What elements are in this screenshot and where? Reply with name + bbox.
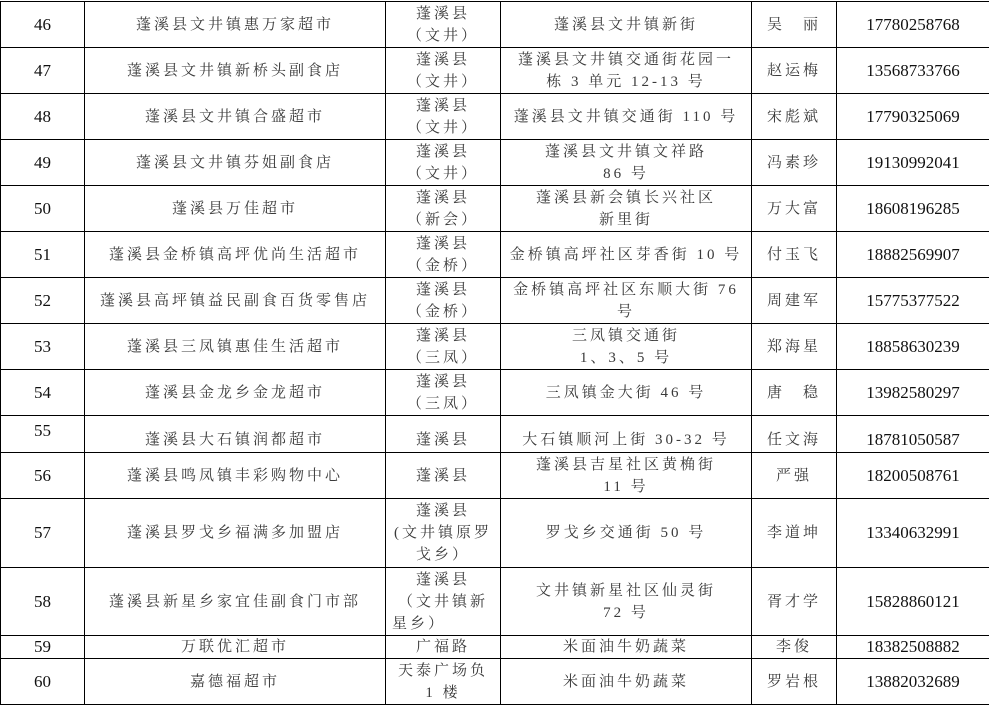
region-line: 戈乡） [386,544,500,566]
store-address: 金桥镇高坪社区东顺大街 76号 [501,278,752,324]
contact-person: 吴 丽 [752,2,837,48]
phone-number: 13982580297 [837,370,989,416]
row-number: 58 [1,568,85,636]
store-address: 金桥镇高坪社区芽香街 10 号 [501,232,752,278]
address-line: 大石镇顺河上街 30-32 号 [501,429,751,451]
region-line: 蓬溪县 [386,3,500,25]
row-number: 59 [1,636,85,659]
table-row: 57 蓬溪县罗戈乡福满多加盟店 蓬溪县(文井镇原罗戈乡） 罗戈乡交通街 50 号… [1,499,989,568]
contact-person: 宋彪斌 [752,94,837,140]
table-row: 46 蓬溪县文井镇惠万家超市 蓬溪县（文井） 蓬溪县文井镇新街 吴 丽 1778… [1,2,989,48]
region-line: 广福路 [386,637,500,657]
store-name: 蓬溪县大石镇润都超市 [85,416,386,453]
store-address: 米面油牛奶蔬菜 [501,659,752,705]
phone-number: 15828860121 [837,568,989,636]
phone-number: 17790325069 [837,94,989,140]
address-line: 号 [501,301,751,323]
address-line: 三凤镇金大街 46 号 [501,382,751,404]
store-address: 大石镇顺河上街 30-32 号 [501,416,752,453]
region-line: 蓬溪县 [386,325,500,347]
row-number: 50 [1,186,85,232]
store-address: 蓬溪县新会镇长兴社区新里街 [501,186,752,232]
store-address: 蓬溪县文井镇文祥路86 号 [501,140,752,186]
store-region: 蓬溪县（金桥） [386,232,501,278]
row-number: 49 [1,140,85,186]
store-name: 蓬溪县文井镇芬姐副食店 [85,140,386,186]
region-line: (文井镇原罗 [386,522,500,544]
row-number: 48 [1,94,85,140]
region-line: （新会） [386,209,500,231]
contact-person: 胥才学 [752,568,837,636]
phone-number: 18608196285 [837,186,989,232]
store-address: 蓬溪县吉星社区黄桷街11 号 [501,453,752,499]
phone-number: 13340632991 [837,499,989,568]
store-address: 文井镇新星社区仙灵街72 号 [501,568,752,636]
phone-number: 18382508882 [837,636,989,659]
region-line: （文井） [386,117,500,139]
store-name: 蓬溪县文井镇合盛超市 [85,94,386,140]
table-row: 54 蓬溪县金龙乡金龙超市 蓬溪县（三凤） 三凤镇金大街 46 号 唐 稳 13… [1,370,989,416]
store-region: 蓬溪县 [386,416,501,453]
table-row: 51 蓬溪县金桥镇高坪优尚生活超市 蓬溪县（金桥） 金桥镇高坪社区芽香街 10 … [1,232,989,278]
store-address: 蓬溪县文井镇新街 [501,2,752,48]
contact-person: 严强 [752,453,837,499]
phone-number: 18882569907 [837,232,989,278]
phone-number: 19130992041 [837,140,989,186]
phone-number: 15775377522 [837,278,989,324]
store-name: 万联优汇超市 [85,636,386,659]
store-name: 蓬溪县高坪镇益民副食百货零售店 [85,278,386,324]
store-name: 蓬溪县万佳超市 [85,186,386,232]
address-line: 栋 3 单元 12-13 号 [501,71,751,93]
region-line: 蓬溪县 [386,500,500,522]
store-region: 蓬溪县（文井） [386,94,501,140]
store-region: 蓬溪县（文井） [386,48,501,94]
address-line: 罗戈乡交通街 50 号 [501,522,751,544]
row-number: 55 [1,416,85,453]
region-line: 蓬溪县 [386,141,500,163]
store-name: 嘉德福超市 [85,659,386,705]
address-line: 米面油牛奶蔬菜 [501,637,751,657]
row-number: 46 [1,2,85,48]
store-region: 蓬溪县(文井镇原罗戈乡） [386,499,501,568]
region-line: 蓬溪县 [386,465,500,487]
contact-person: 赵运梅 [752,48,837,94]
region-line: 天泰广场负 [386,660,500,682]
phone-number: 13882032689 [837,659,989,705]
row-number: 54 [1,370,85,416]
store-table: 46 蓬溪县文井镇惠万家超市 蓬溪县（文井） 蓬溪县文井镇新街 吴 丽 1778… [0,1,989,705]
address-line: 新里街 [501,209,751,231]
phone-number: 18858630239 [837,324,989,370]
table-row: 52 蓬溪县高坪镇益民副食百货零售店 蓬溪县（金桥） 金桥镇高坪社区东顺大街 7… [1,278,989,324]
store-region: 蓬溪县（文井） [386,2,501,48]
store-name: 蓬溪县金龙乡金龙超市 [85,370,386,416]
row-number: 56 [1,453,85,499]
region-line: 蓬溪县 [386,429,500,451]
store-name: 蓬溪县金桥镇高坪优尚生活超市 [85,232,386,278]
store-name: 蓬溪县鸣凤镇丰彩购物中心 [85,453,386,499]
region-line: （文井） [386,25,500,47]
address-line: 86 号 [501,163,751,185]
row-number: 52 [1,278,85,324]
table-row: 58 蓬溪县新星乡家宜佳副食门市部 蓬溪县（文井镇新星乡） 文井镇新星社区仙灵街… [1,568,989,636]
address-line: 蓬溪县文井镇交通街 110 号 [501,106,751,128]
table-row: 59 万联优汇超市 广福路 米面油牛奶蔬菜 李俊 18382508882 [1,636,989,659]
phone-number: 18781050587 [837,416,989,453]
region-line: （文井） [386,71,500,93]
store-name: 蓬溪县新星乡家宜佳副食门市部 [85,568,386,636]
region-line: 蓬溪县 [386,95,500,117]
store-address: 三凤镇交通街1、3、5 号 [501,324,752,370]
region-line: （三凤） [386,393,500,415]
table-row: 47 蓬溪县文井镇新桥头副食店 蓬溪县（文井） 蓬溪县文井镇交通街花园一栋 3 … [1,48,989,94]
store-name: 蓬溪县三凤镇惠佳生活超市 [85,324,386,370]
store-region: 天泰广场负1 楼 [386,659,501,705]
address-line: 蓬溪县新会镇长兴社区 [501,187,751,209]
table-row: 49 蓬溪县文井镇芬姐副食店 蓬溪县（文井） 蓬溪县文井镇文祥路86 号 冯素珍… [1,140,989,186]
store-region: 蓬溪县（三凤） [386,324,501,370]
contact-person: 冯素珍 [752,140,837,186]
region-line: 蓬溪县 [386,371,500,393]
address-line: 蓬溪县文井镇文祥路 [501,141,751,163]
row-number: 51 [1,232,85,278]
phone-number: 18200508761 [837,453,989,499]
contact-person: 万大富 [752,186,837,232]
store-address: 米面油牛奶蔬菜 [501,636,752,659]
region-line: 蓬溪县 [386,233,500,255]
contact-person: 任文海 [752,416,837,453]
region-line: 1 楼 [386,682,500,704]
region-line: （文井） [386,163,500,185]
region-line: 蓬溪县 [386,569,500,591]
store-region: 蓬溪县 [386,453,501,499]
contact-person: 李俊 [752,636,837,659]
table-row: 55 蓬溪县大石镇润都超市 蓬溪县 大石镇顺河上街 30-32 号 任文海 18… [1,416,989,453]
address-line: 蓬溪县吉星社区黄桷街 [501,454,751,476]
table-row: 53 蓬溪县三凤镇惠佳生活超市 蓬溪县（三凤） 三凤镇交通街1、3、5 号 郑海… [1,324,989,370]
address-line: 蓬溪县文井镇新街 [501,14,751,36]
row-number: 60 [1,659,85,705]
contact-person: 付玉飞 [752,232,837,278]
address-line: 1、3、5 号 [501,347,751,369]
row-number: 47 [1,48,85,94]
store-address: 蓬溪县文井镇交通街花园一栋 3 单元 12-13 号 [501,48,752,94]
store-name: 蓬溪县文井镇惠万家超市 [85,2,386,48]
region-line: 蓬溪县 [386,279,500,301]
row-number: 53 [1,324,85,370]
phone-number: 17780258768 [837,2,989,48]
phone-number: 13568733766 [837,48,989,94]
region-line: （金桥） [386,255,500,277]
contact-person: 周建军 [752,278,837,324]
address-line: 米面油牛奶蔬菜 [501,671,751,693]
address-line: 金桥镇高坪社区东顺大街 76 [501,279,751,301]
table-row: 60 嘉德福超市 天泰广场负1 楼 米面油牛奶蔬菜 罗岩根 1388203268… [1,659,989,705]
contact-person: 唐 稳 [752,370,837,416]
address-line: 金桥镇高坪社区芽香街 10 号 [501,244,751,266]
store-region: 蓬溪县（三凤） [386,370,501,416]
region-line: 蓬溪县 [386,187,500,209]
store-region: 广福路 [386,636,501,659]
store-region: 蓬溪县（新会） [386,186,501,232]
address-line: 三凤镇交通街 [501,325,751,347]
address-line: 11 号 [501,476,751,498]
address-line: 蓬溪县文井镇交通街花园一 [501,49,751,71]
region-line: （金桥） [386,301,500,323]
contact-person: 罗岩根 [752,659,837,705]
store-name: 蓬溪县文井镇新桥头副食店 [85,48,386,94]
store-name: 蓬溪县罗戈乡福满多加盟店 [85,499,386,568]
store-address: 蓬溪县文井镇交通街 110 号 [501,94,752,140]
table-row: 48 蓬溪县文井镇合盛超市 蓬溪县（文井） 蓬溪县文井镇交通街 110 号 宋彪… [1,94,989,140]
row-number: 57 [1,499,85,568]
store-region: 蓬溪县（金桥） [386,278,501,324]
store-address: 罗戈乡交通街 50 号 [501,499,752,568]
region-line: 星乡） [386,613,500,635]
address-line: 72 号 [501,602,751,624]
table-row: 50 蓬溪县万佳超市 蓬溪县（新会） 蓬溪县新会镇长兴社区新里街 万大富 186… [1,186,989,232]
region-line: 蓬溪县 [386,49,500,71]
contact-person: 李道坤 [752,499,837,568]
address-line: 文井镇新星社区仙灵街 [501,580,751,602]
store-list-document: 46 蓬溪县文井镇惠万家超市 蓬溪县（文井） 蓬溪县文井镇新街 吴 丽 1778… [0,1,989,705]
table-row: 56 蓬溪县鸣凤镇丰彩购物中心 蓬溪县 蓬溪县吉星社区黄桷街11 号 严强 18… [1,453,989,499]
store-region: 蓬溪县（文井） [386,140,501,186]
store-address: 三凤镇金大街 46 号 [501,370,752,416]
contact-person: 郑海星 [752,324,837,370]
region-line: （文井镇新 [386,591,500,613]
region-line: （三凤） [386,347,500,369]
store-region: 蓬溪县（文井镇新星乡） [386,568,501,636]
